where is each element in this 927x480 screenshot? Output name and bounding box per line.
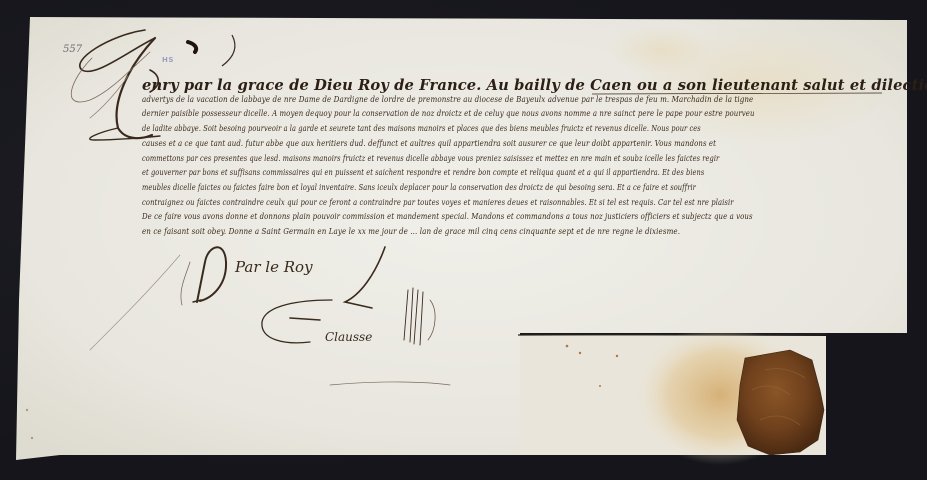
text-line-1: enry par la grace de Dieu Roy de France.… xyxy=(142,76,927,94)
text-line-7: et gouverner par bons et suffisans commi… xyxy=(142,167,704,177)
text-line-3: dernier paisible possesseur dicelle. A m… xyxy=(142,108,755,118)
parchment-document: 557 HS enry par la grace de Dieu Roy de … xyxy=(0,0,927,480)
text-line-9: contraignez ou faictes contraindre ceulx… xyxy=(142,197,734,207)
text-line-11: en ce faisant soit obey. Donne a Saint G… xyxy=(142,226,680,236)
fold-crease xyxy=(518,334,826,335)
parchment-shapes xyxy=(0,0,927,480)
text-line-6: commettons par ces presentes que lesd. m… xyxy=(142,153,719,163)
archive-stamp: HS xyxy=(162,56,174,64)
text-line-5: causes et a ce que tant aud. futur abbe … xyxy=(142,138,716,148)
text-line-4: de ladite abbaye. Soit besoing pourveoir… xyxy=(142,123,701,133)
wax-seal xyxy=(737,350,824,455)
text-line-10: De ce faire vous avons donne et donnons … xyxy=(142,211,753,221)
royal-signature-formula: Par le Roy xyxy=(235,258,313,276)
secretary-signature: Clausse xyxy=(325,330,372,344)
folio-number: 557 xyxy=(63,44,82,55)
text-line-2: advertys de la vacation de labbaye de nr… xyxy=(142,94,753,104)
text-line-8: meubles dicelle faictes ou faictes faire… xyxy=(142,182,696,192)
